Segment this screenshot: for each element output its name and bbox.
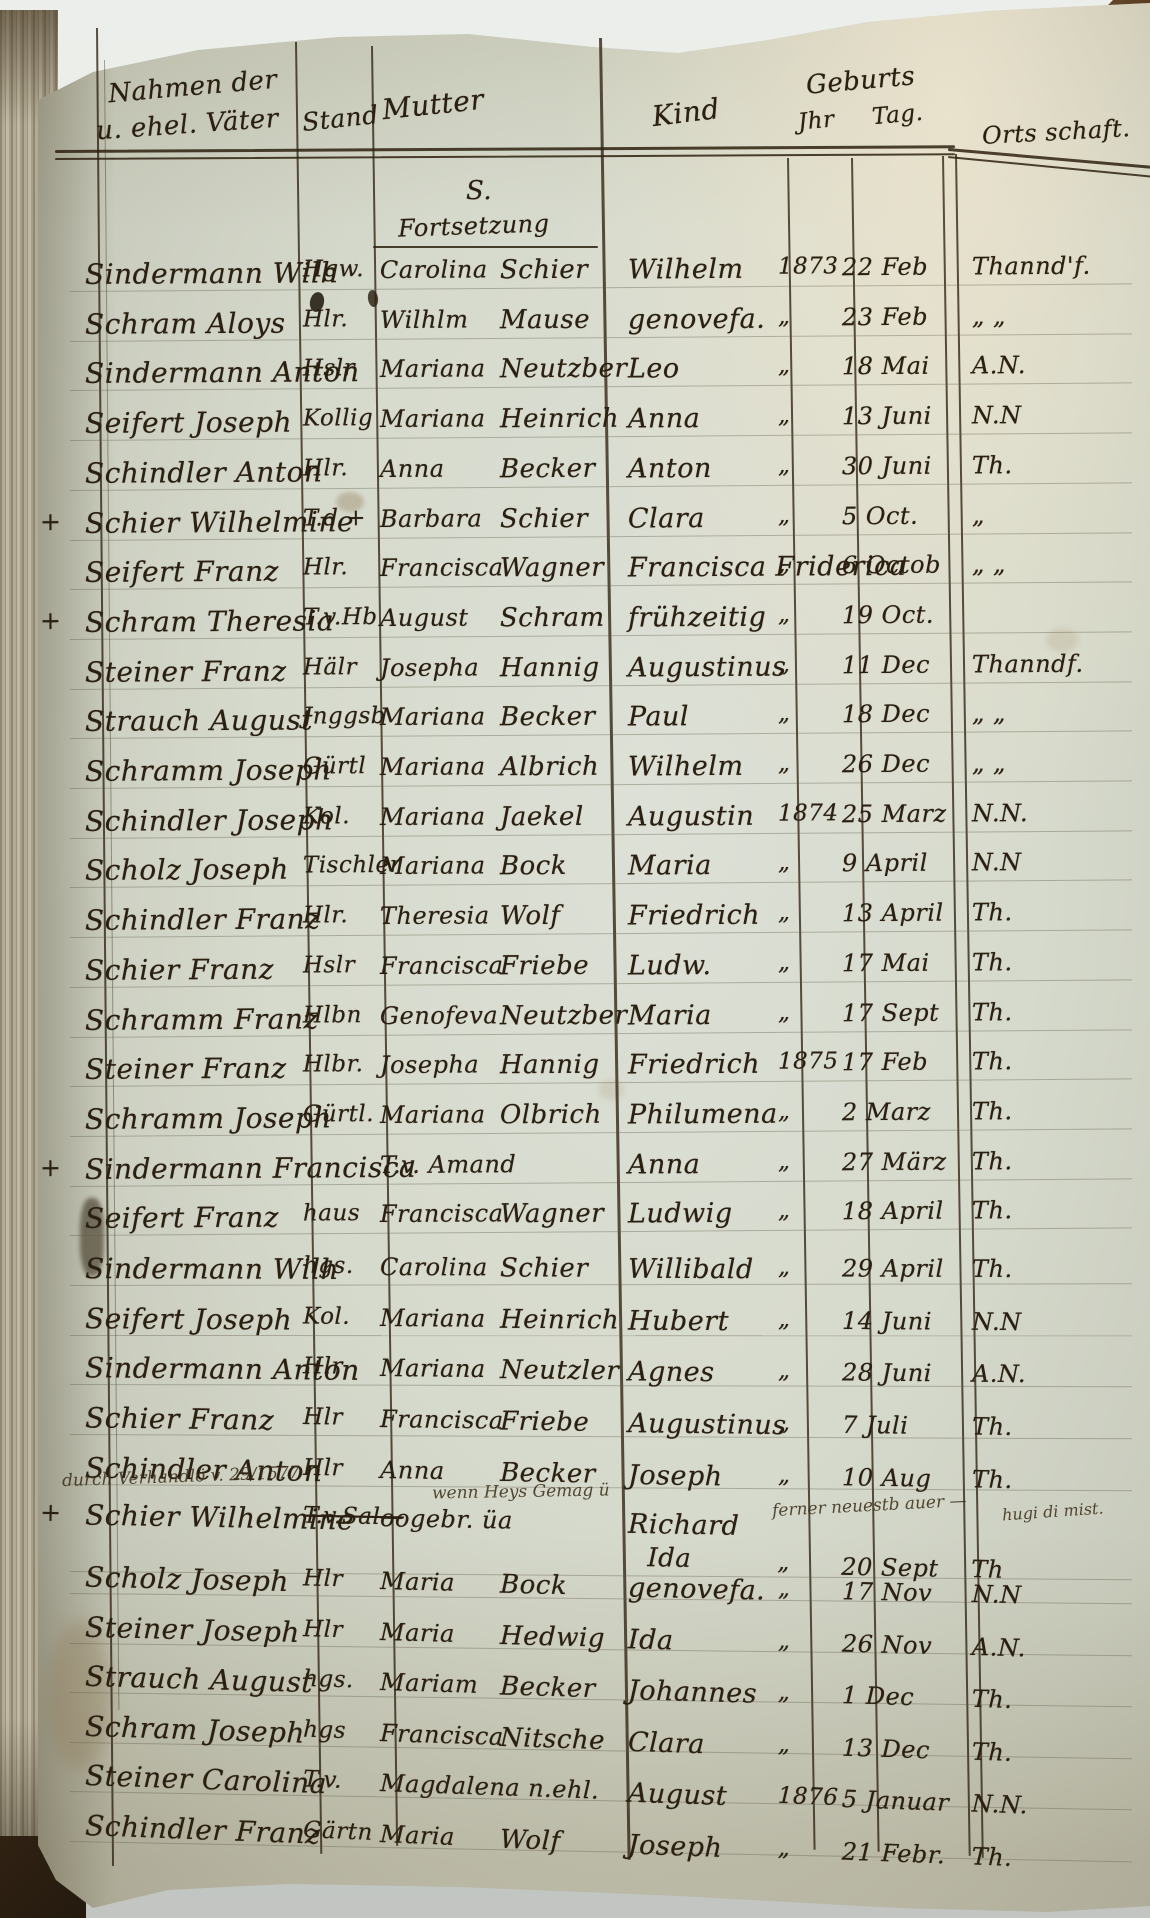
register-row: +Sindermann FranciscaT.v. AmandAnna„27 M… — [0, 1146, 1150, 1199]
father-name: Steiner Franz — [85, 1052, 287, 1086]
mother-surname: Neutzber — [500, 354, 628, 385]
birth-day: 22 Feb — [842, 253, 928, 282]
child-name: Augustinus — [628, 1408, 787, 1441]
register-row: Sindermann Wilhhgs.CarolinaSchierWilliba… — [0, 1252, 1150, 1302]
mother-surname: Schram — [500, 603, 605, 634]
mother-surname: Wagner — [500, 553, 604, 584]
child-name: Wilhelm — [628, 254, 744, 286]
child-name: Philumena — [628, 1099, 778, 1131]
birth-day: 1 Dec — [842, 1681, 915, 1711]
register-row: Schram AloysHlr.WilhlmMausegenovefa.„23 … — [0, 301, 1150, 354]
child-name: Joseph — [627, 1829, 723, 1864]
child-name: August — [627, 1778, 727, 1812]
mother-surname: Heinrich — [500, 1304, 619, 1335]
father-name: Schram Aloys — [85, 306, 286, 340]
register-row: Steiner FranzHälrJosephaHannigAugustinus… — [0, 649, 1150, 702]
register-row: Schindler AntonHlr.AnnaBeckerAnton„30 Ju… — [0, 450, 1150, 503]
father-status: Hlr. — [303, 902, 348, 928]
mother-surname: Jaekel — [500, 801, 584, 832]
child-name: genovefa. — [628, 303, 765, 335]
birth-year: „ — [778, 999, 791, 1025]
birth-year: „ — [778, 949, 791, 975]
register-row: Scholz JosephTischlerMarianaBockMaria„9 … — [0, 848, 1150, 901]
mother-surname: Becker — [500, 454, 596, 485]
father-status: Hlr — [303, 1404, 343, 1430]
mother-surname: Becker — [500, 702, 596, 733]
mother-first-name: Theresia — [380, 901, 490, 930]
birth-year: „ — [778, 701, 791, 727]
child-name: Anna — [628, 1149, 701, 1180]
father-name: Sindermann Francisca — [85, 1150, 416, 1185]
child-name: Friedrich — [628, 900, 760, 932]
father-status: Hlbn — [303, 1002, 362, 1028]
birth-day: 23 Feb — [842, 302, 928, 331]
birth-year: „ — [777, 1835, 790, 1861]
mother-first-name: Mariana — [380, 1354, 486, 1383]
birth-year: „ — [778, 1679, 791, 1705]
place-abbr: „ — [972, 501, 985, 529]
mother-surname: Nitsche — [500, 1723, 606, 1756]
father-status: Hlr. — [303, 306, 348, 332]
birth-day: 17 Sept — [842, 998, 939, 1027]
mother-first-name: August — [380, 603, 469, 632]
place-abbr: A.N. — [972, 351, 1026, 379]
birth-day: 18 Mai — [842, 352, 930, 381]
deceased-cross-mark: + — [40, 1153, 62, 1182]
jahr-column-label: Jhr — [797, 106, 836, 135]
father-status: Hlr — [303, 1616, 344, 1643]
place-abbr: „ „ — [972, 550, 1006, 578]
birth-day: 5 Oct. — [842, 501, 918, 529]
register-row: Schindler FranzHlr.TheresiaWolfFriedrich… — [0, 897, 1150, 950]
birth-year: „ — [778, 353, 791, 379]
father-status: Hälr — [303, 654, 357, 680]
mother-surname: Friebe — [500, 951, 589, 982]
mother-first-name: Barbara — [380, 504, 483, 533]
place-abbr: Th. — [972, 1413, 1013, 1442]
father-name: Sindermann Wilh — [85, 1252, 339, 1286]
mother-first-name: Maria — [380, 1567, 455, 1597]
birth-year: 1873 — [778, 253, 839, 279]
place-abbr: Th. — [971, 1842, 1013, 1872]
place-abbr: Th. — [972, 998, 1013, 1026]
place-abbr: Th. — [972, 1196, 1013, 1224]
mother-first-name: Mariana — [380, 1100, 486, 1129]
father-status: T.v.Hb — [303, 604, 378, 630]
child-name: genovefa. — [628, 1572, 766, 1606]
mother-surname: Neutzler — [500, 1356, 619, 1387]
birth-day: 9 April — [842, 849, 928, 878]
birth-day: 7 Juli — [842, 1411, 909, 1440]
birth-day: 6 Octob — [842, 551, 941, 580]
mother-surname: Mause — [500, 304, 590, 335]
father-status: Hlr. — [303, 455, 348, 481]
father-status: T.v. — [303, 1766, 343, 1793]
mother-surname: Wagner — [500, 1199, 604, 1230]
father-status: Kol. — [303, 1303, 350, 1329]
birth-day: 17 Nov — [842, 1577, 933, 1607]
place-abbr: Th. — [972, 1097, 1013, 1125]
child-name: Ludwig — [628, 1198, 733, 1230]
birth-year: „ — [778, 850, 791, 876]
birth-year: „ — [778, 1098, 791, 1124]
father-name: Schramm Franz — [85, 1002, 319, 1036]
register-row: Schramm JosephGürtl.MarianaOlbrichPhilum… — [0, 1096, 1150, 1149]
place-abbr: Thanndf. — [972, 649, 1084, 678]
scanned-register-photo: Nahmen der u. ehel. Väter Stand Mutter K… — [0, 0, 1150, 1918]
register-row: Schramm FranzHlbnGenofevaNeutzberMaria„1… — [0, 997, 1150, 1050]
mother-surname: Olbrich — [500, 1100, 602, 1131]
place-abbr: „ „ — [972, 302, 1006, 330]
birth-day: 11 Dec — [842, 650, 930, 679]
birth-year: „ — [778, 1576, 791, 1602]
place-abbr: N.N — [972, 1307, 1022, 1335]
continuation-mark-label: S. — [466, 176, 492, 206]
mother-first-name: Francisca — [380, 1405, 504, 1435]
place-abbr: Th. — [971, 1738, 1012, 1767]
father-status: Hgw. — [303, 256, 364, 282]
mother-surname: Heinrich — [500, 404, 619, 435]
birth-year: „ — [778, 1462, 791, 1488]
birth-year: „ — [778, 601, 791, 627]
father-name: Steiner Carolina — [85, 1759, 328, 1800]
birth-year: „ — [778, 1306, 791, 1332]
child-name: Agnes — [628, 1357, 715, 1389]
mother-surname: Wolf — [500, 901, 561, 931]
father-name: Schram Joseph — [85, 1710, 306, 1750]
birth-year: 1875 — [778, 1048, 839, 1074]
mother-first-name: Maria — [380, 1618, 456, 1648]
child-name: Paul — [628, 701, 689, 732]
mother-first-name: Mariam — [380, 1668, 479, 1699]
birth-year: „ — [778, 303, 791, 329]
birth-day: 19 Oct. — [842, 601, 934, 630]
father-name: Strauch August — [85, 1660, 314, 1699]
birth-day: 25 Marz — [842, 799, 947, 828]
place-abbr: Th. — [972, 1047, 1013, 1075]
mother-first-name: Carolina — [380, 255, 488, 284]
mother-first-name: Francisca — [380, 553, 504, 582]
father-name: Steiner Franz — [85, 654, 287, 688]
birth-day: 10 Aug — [842, 1463, 932, 1492]
register-row: +Schram TheresiaT.v.HbAugustSchramfrühze… — [0, 599, 1150, 652]
child-name: frühzeitig — [628, 602, 766, 634]
place-abbr: „ „ — [972, 749, 1006, 777]
register-row: Schramm JosephGürtlMarianaAlbrichWilhelm… — [0, 748, 1150, 801]
register-row: Sindermann AntonHslrMarianaNeutzberLeo„1… — [0, 351, 1150, 404]
mother-first-name: Josepha — [380, 1051, 479, 1080]
register-row: Schindler JosephKol.MarianaJaekelAugusti… — [0, 798, 1150, 851]
register-row: Schier FranzHslrFranciscaFriebeLudw.„17 … — [0, 947, 1150, 1000]
register-row: +Schier WilhelmineT.d +BarbaraSchierClar… — [0, 500, 1150, 553]
birth-day: 27 März — [842, 1147, 947, 1176]
father-status: Gärtn — [303, 1817, 374, 1846]
father-status: T.d + — [303, 505, 366, 531]
deceased-cross-mark: + — [40, 606, 62, 635]
birth-year: „ — [778, 900, 791, 926]
birth-day: 5 Januar — [841, 1785, 949, 1817]
father-name: Schindler Anton — [85, 455, 323, 489]
place-abbr: A.N. — [972, 1633, 1027, 1662]
child-name: Wilhelm — [628, 751, 744, 783]
mother-surname: Schier — [500, 255, 588, 286]
birth-year: 1874 — [778, 800, 839, 826]
birth-day: 26 Nov — [842, 1630, 933, 1660]
register-row: Steiner FranzHlbr.JosephaHannigFriedrich… — [0, 1047, 1150, 1100]
father-name: Seifert Franz — [85, 555, 279, 589]
child-name: Augustinus — [628, 651, 787, 683]
father-name: Schindler Joseph — [85, 803, 334, 838]
child-name: Johannes — [628, 1675, 758, 1710]
place-abbr: Th. — [972, 1147, 1013, 1175]
mother-first-name: Wilhlm — [380, 305, 469, 334]
child-name: Leo — [628, 354, 680, 385]
father-name: Schramm Joseph — [85, 1101, 332, 1136]
father-name: Seifert Joseph — [85, 1302, 292, 1336]
register-row: Sindermann WilhHgw.CarolinaSchierWilhelm… — [0, 251, 1150, 304]
continuation-label: Fortsetzung — [398, 209, 550, 242]
birth-day: 17 Mai — [842, 948, 930, 977]
birth-year: „ — [777, 1550, 790, 1576]
birth-year: „ — [778, 403, 791, 429]
place-abbr: N.N. — [971, 1790, 1028, 1820]
mother-surname: Bock — [500, 851, 567, 881]
place-abbr: Th. — [971, 1685, 1012, 1714]
child-name: Augustin — [628, 800, 754, 832]
mother-first-name: Josepha — [380, 653, 479, 682]
interlinear-annotation: wenn Heys Gemag ü — [432, 1480, 610, 1503]
mother-surname: Hedwig — [500, 1621, 606, 1654]
father-name: Scholz Joseph — [85, 853, 289, 887]
father-status: Gürtl. — [303, 1101, 374, 1127]
child-name: Ludw. — [628, 950, 712, 982]
register-row: Seifert JosephKolligMarianaHeinrichAnna„… — [0, 400, 1150, 453]
birth-day: 18 Dec — [842, 700, 930, 729]
place-abbr: Th. — [972, 1255, 1013, 1283]
birth-year: „ — [778, 651, 791, 677]
father-name: Scholz Joseph — [85, 1561, 290, 1598]
register-row: Seifert FranzhausFranciscaWagnerLudwig„1… — [0, 1196, 1150, 1249]
mother-first-name: Anna — [380, 454, 445, 482]
child-name: Maria — [628, 850, 712, 882]
birth-year: „ — [778, 1358, 791, 1384]
mother-first-name: Carolina — [380, 1253, 488, 1281]
child-name: Anna — [628, 403, 701, 434]
mother-first-name: T.v. Amand — [380, 1150, 516, 1179]
father-status: Kollig — [303, 405, 373, 431]
mother-surname: Albrich — [500, 752, 599, 783]
child-name: Joseph — [628, 1460, 723, 1492]
place-abbr: N.N — [972, 1580, 1022, 1609]
mother-first-name: Francisca — [380, 1200, 504, 1229]
place-abbr: N.N — [972, 401, 1022, 429]
mother-surname: Schier — [500, 1253, 588, 1283]
mother-surname: Bock — [500, 1570, 568, 1601]
birth-day: 21 Febr. — [841, 1837, 946, 1869]
father-status: Hslr — [303, 952, 355, 978]
place-abbr: Th. — [972, 898, 1013, 926]
birth-year: „ — [778, 1198, 791, 1224]
father-status: Hlr. — [303, 554, 348, 580]
mother-first-name: oogebr. üa — [380, 1504, 513, 1534]
father-status: Gürtl — [303, 753, 366, 779]
father-name: Schier Franz — [85, 1401, 274, 1436]
birth-day: 13 Juni — [842, 402, 932, 431]
continuation-underline — [373, 246, 598, 248]
father-name: Schram Theresia — [85, 604, 334, 639]
child-name: Richard — [628, 1509, 740, 1542]
child-name: Maria — [628, 1000, 712, 1032]
mother-first-name: Mariana — [380, 752, 486, 781]
father-name: Seifert Franz — [85, 1201, 279, 1235]
father-status: Hlr — [303, 1455, 343, 1482]
birth-year: „ — [778, 1628, 791, 1654]
child-name: Friedrich — [628, 1049, 760, 1081]
father-name: Sindermann Wilh — [85, 256, 339, 291]
mother-surname: Neutzber — [500, 1000, 628, 1031]
father-status: haus — [303, 1200, 360, 1226]
father-name: Strauch August — [85, 704, 313, 738]
birth-day: 13 April — [842, 899, 944, 928]
place-abbr: Th. — [972, 451, 1013, 479]
place-abbr: N.N. — [972, 799, 1028, 827]
father-status: Hlbr. — [303, 1051, 364, 1077]
child-name: Anton — [628, 453, 712, 485]
register-row: Seifert FranzHlr.FranciscaWagnerFrancisc… — [0, 550, 1150, 603]
mother-first-name: Mariana — [380, 404, 486, 433]
birth-day: 17 Feb — [842, 1048, 928, 1077]
father-name: Steiner Joseph — [85, 1611, 301, 1649]
father-name: Schier Franz — [85, 952, 274, 986]
child-name: Hubert — [628, 1305, 729, 1337]
tag-column-label: Tag. — [871, 100, 924, 130]
mother-first-name: Francisca — [380, 951, 504, 980]
birth-year: „ — [778, 502, 791, 528]
mother-first-name: Mariana — [380, 852, 486, 881]
birth-day: 13 Dec — [841, 1734, 930, 1765]
father-status: Jnggsb — [303, 703, 386, 730]
place-abbr: Thannd'f. — [972, 252, 1091, 281]
birth-day: 30 Juni — [842, 451, 932, 480]
mother-first-name: Mariana — [380, 703, 486, 732]
mother-surname: Friebe — [500, 1407, 590, 1438]
father-status: Kol. — [303, 803, 350, 829]
father-status: hgs — [303, 1717, 347, 1744]
child-name-second: Ida — [647, 1543, 691, 1574]
mother-first-name: Mariana — [380, 1304, 486, 1333]
father-name: Seifert Joseph — [85, 406, 292, 440]
birth-day: 29 April — [842, 1254, 944, 1282]
mother-surname: Becker — [500, 1671, 596, 1704]
child-name: Clara — [628, 503, 705, 534]
mother-surname: Wolf — [499, 1825, 561, 1857]
birth-year: „ — [778, 1410, 791, 1436]
deceased-cross-mark: + — [40, 506, 62, 535]
child-name: Clara — [627, 1727, 705, 1760]
father-status: hgs. — [303, 1253, 354, 1279]
mother-first-name: Genofeva — [380, 1001, 498, 1030]
place-abbr: „ „ — [972, 700, 1006, 728]
birth-day: 28 Juni — [842, 1359, 932, 1388]
birth-year: 1876 — [777, 1783, 838, 1811]
deceased-cross-mark: + — [40, 1498, 62, 1527]
birth-year: „ — [778, 1254, 791, 1280]
birth-day: 14 Juni — [842, 1307, 932, 1336]
father-status: Hlr — [303, 1354, 343, 1380]
mother-surname: Schier — [500, 503, 588, 534]
father-status: hgs. — [303, 1666, 354, 1693]
mother-first-name: Mariana — [380, 802, 486, 831]
child-name: Ida — [628, 1624, 674, 1656]
birth-year: „ — [778, 552, 791, 578]
father-name: Schindler Franz — [85, 903, 321, 937]
birth-year: „ — [778, 1732, 791, 1758]
place-abbr: Th. — [972, 948, 1013, 976]
birth-day: 2 Marz — [842, 1098, 931, 1127]
father-name: Schramm Joseph — [85, 753, 332, 788]
birth-day: 18 April — [842, 1197, 944, 1226]
father-status: Hlr — [303, 1565, 343, 1592]
birth-year: „ — [778, 1148, 791, 1174]
place-abbr: Th. — [972, 1465, 1013, 1494]
birth-day: 26 Dec — [842, 750, 930, 779]
place-abbr: A.N. — [972, 1360, 1026, 1389]
register-row: Strauch AugustJnggsbMarianaBeckerPaul„18… — [0, 699, 1150, 752]
child-name: Willibald — [628, 1254, 754, 1285]
birth-year: „ — [778, 452, 791, 478]
mother-surname: Hannig — [500, 652, 600, 683]
mother-first-name: Maria — [380, 1820, 456, 1851]
mother-first-name: Mariana — [380, 355, 486, 384]
birth-year: „ — [778, 751, 791, 777]
mother-first-name: Anna — [380, 1456, 445, 1485]
father-status: Hslr — [303, 356, 355, 382]
mother-first-name: Francisca — [380, 1719, 504, 1751]
place-abbr: N.N — [972, 849, 1022, 877]
mother-surname: Hannig — [500, 1050, 600, 1081]
register-row: Seifert JosephKol.MarianaHeinrichHubert„… — [0, 1301, 1150, 1354]
